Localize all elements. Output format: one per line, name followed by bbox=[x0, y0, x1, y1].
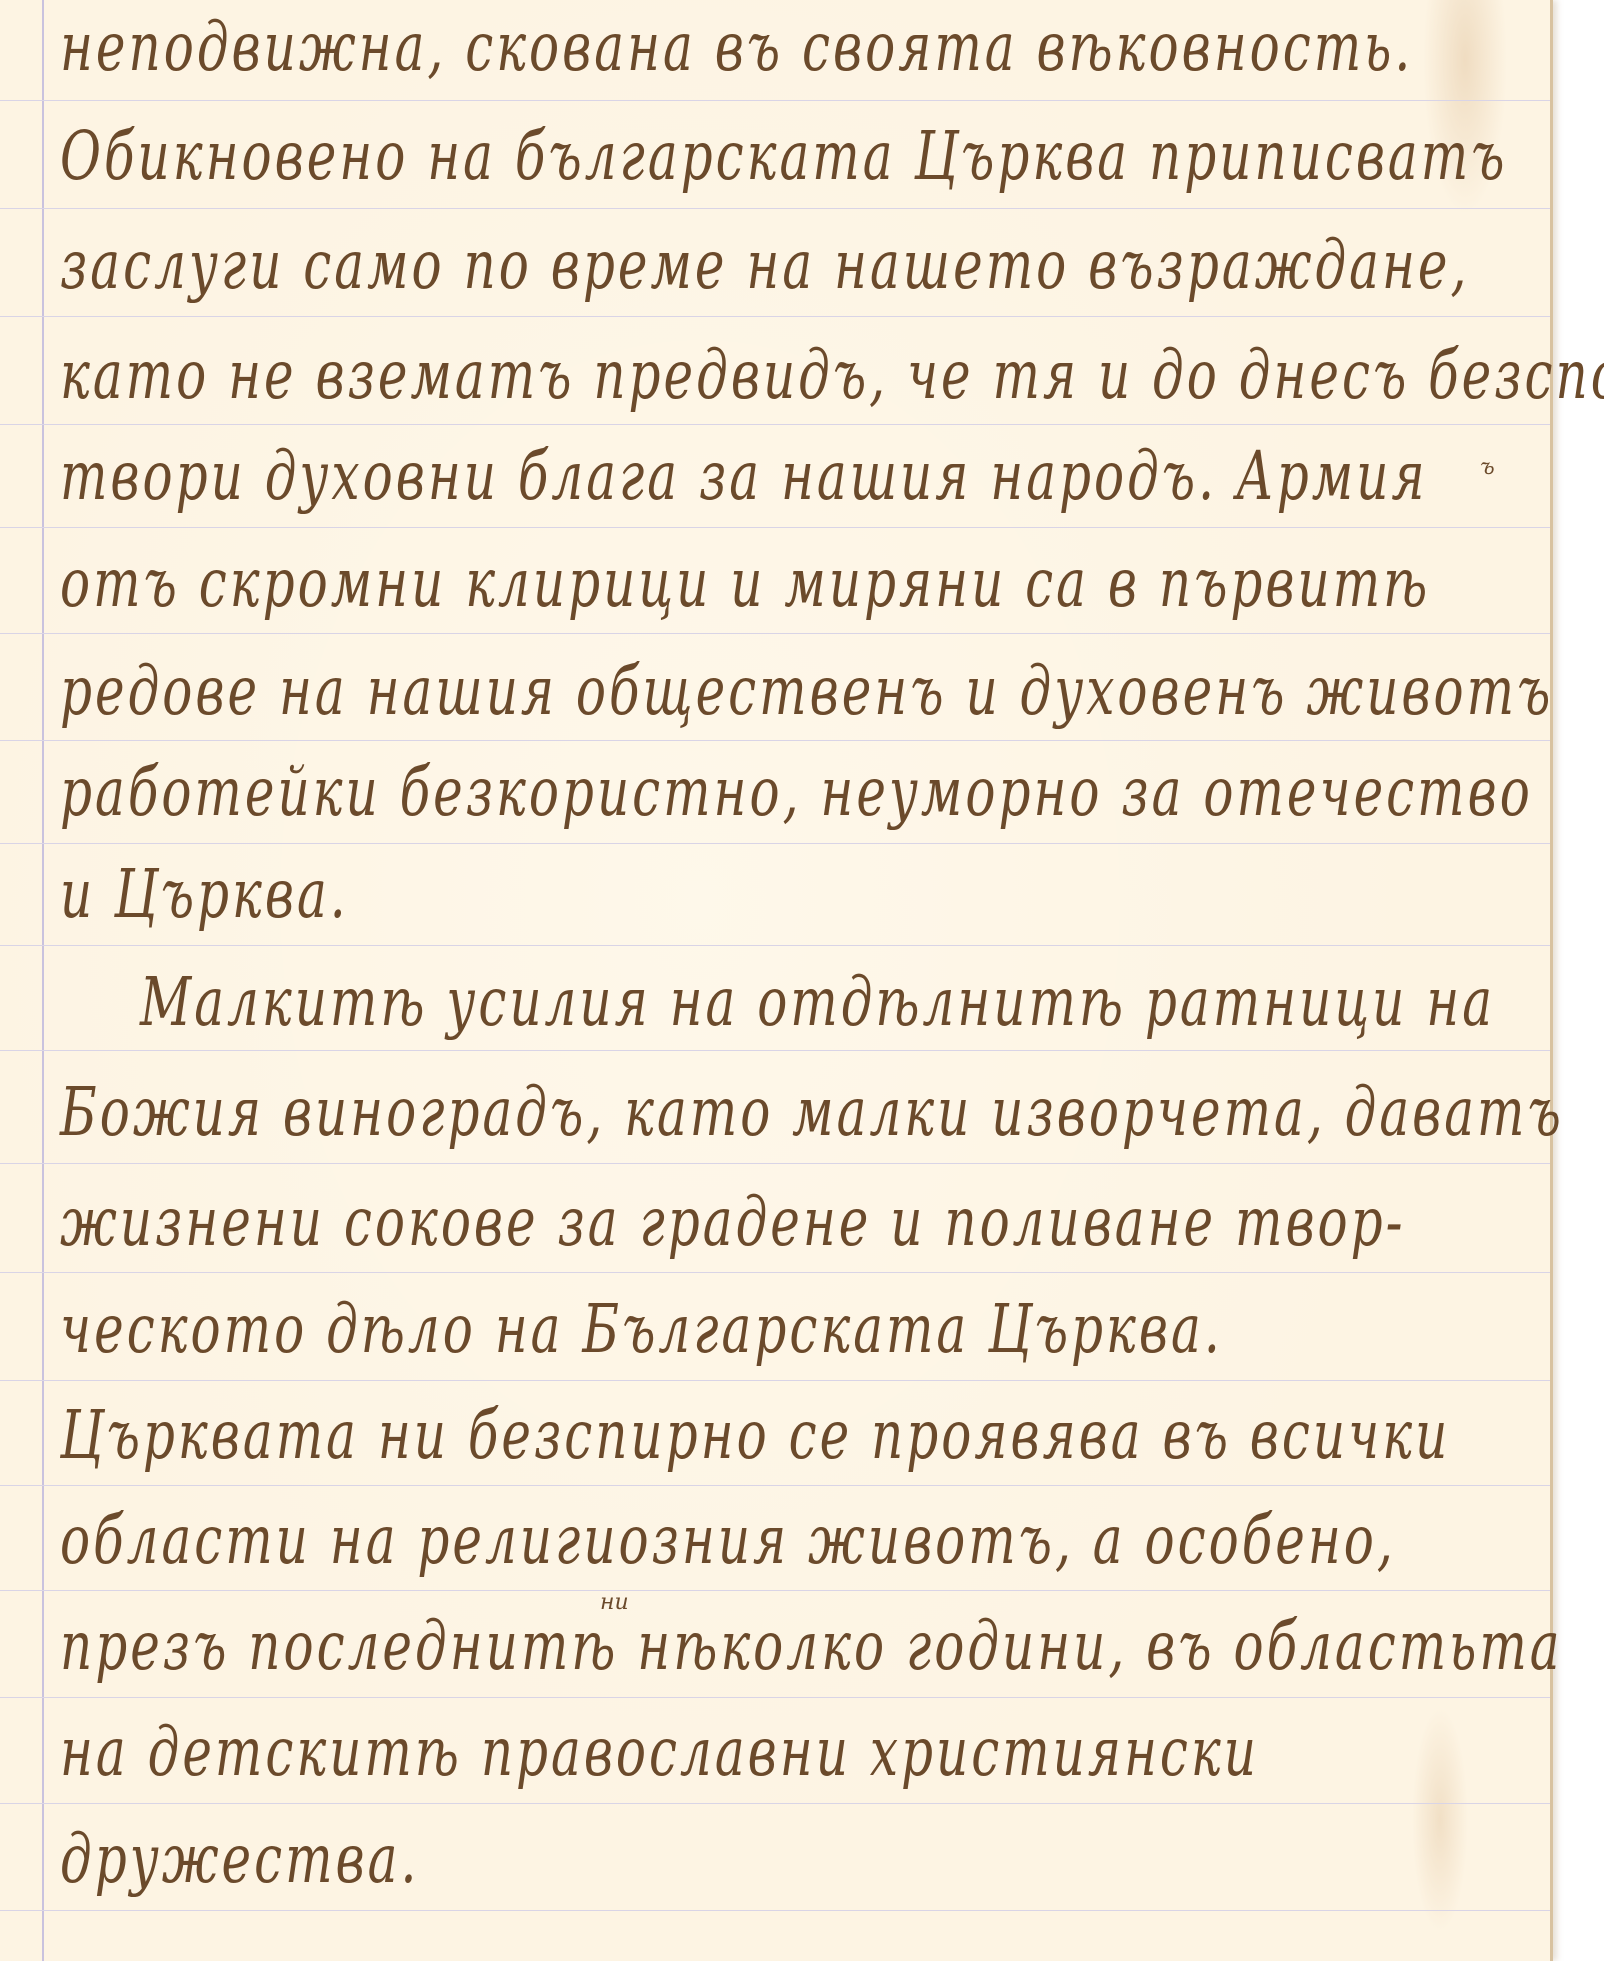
text-line: заслуги само по време на нашето възражда… bbox=[60, 226, 1469, 304]
correction-superscript: ъ bbox=[1480, 455, 1495, 480]
ruled-line bbox=[0, 633, 1550, 634]
text-line: Църквата ни безспирно се проявява въ вси… bbox=[60, 1396, 1450, 1474]
text-line: като не взематъ предвидъ, че тя и до дне… bbox=[60, 336, 1604, 414]
text-line: ческото дѣло на Българската Църква. bbox=[60, 1290, 1223, 1368]
text-line: работейки безкористно, неуморно за отече… bbox=[60, 753, 1533, 831]
text-line: твори духовни блага за нашия народъ. Арм… bbox=[60, 437, 1428, 515]
ruled-line bbox=[0, 843, 1550, 844]
ruled-line bbox=[0, 1590, 1550, 1591]
text-line: дружества. bbox=[60, 1820, 419, 1898]
ruled-line bbox=[0, 527, 1550, 528]
text-line: презъ последнитѣ нѣколко години, въ обла… bbox=[60, 1607, 1563, 1685]
ruled-line bbox=[0, 100, 1550, 101]
ruled-line bbox=[0, 1910, 1550, 1911]
text-line: области на религиозния животъ, а особено… bbox=[60, 1501, 1396, 1579]
ruled-line bbox=[0, 1803, 1550, 1804]
ruled-line bbox=[0, 424, 1550, 425]
ruled-line bbox=[0, 1272, 1550, 1273]
ruled-line bbox=[0, 945, 1550, 946]
text-line: и Църква. bbox=[60, 855, 349, 933]
text-line: Обикновено на българската Църква приписв… bbox=[60, 117, 1507, 195]
ruled-line bbox=[0, 316, 1550, 317]
text-line: жизнени сокове за градене и поливане тво… bbox=[60, 1183, 1406, 1261]
ruled-line bbox=[0, 740, 1550, 741]
text-line: отъ скромни клирици и миряни са в първит… bbox=[60, 544, 1430, 622]
ruled-line bbox=[0, 208, 1550, 209]
ruled-line bbox=[0, 1697, 1550, 1698]
text-line: неподвижна, скована въ своята вѣковность… bbox=[60, 8, 1413, 86]
text-line: редове на нашия общественъ и духовенъ жи… bbox=[60, 652, 1553, 730]
margin-line bbox=[42, 0, 44, 1961]
paragraph-start-line: Малкитѣ усилия на отдѣлнитѣ ратници на bbox=[140, 963, 1495, 1041]
ruled-line bbox=[0, 1050, 1550, 1051]
text-line: Божия виноградъ, като малки изворчета, д… bbox=[60, 1073, 1564, 1151]
ruled-line bbox=[0, 1485, 1550, 1486]
ruled-line bbox=[0, 1380, 1550, 1381]
ruled-line bbox=[0, 1163, 1550, 1164]
text-line: на детскитѣ православни християнски bbox=[60, 1713, 1259, 1791]
manuscript-page: неподвижна, скована въ своята вѣковность… bbox=[0, 0, 1553, 1961]
